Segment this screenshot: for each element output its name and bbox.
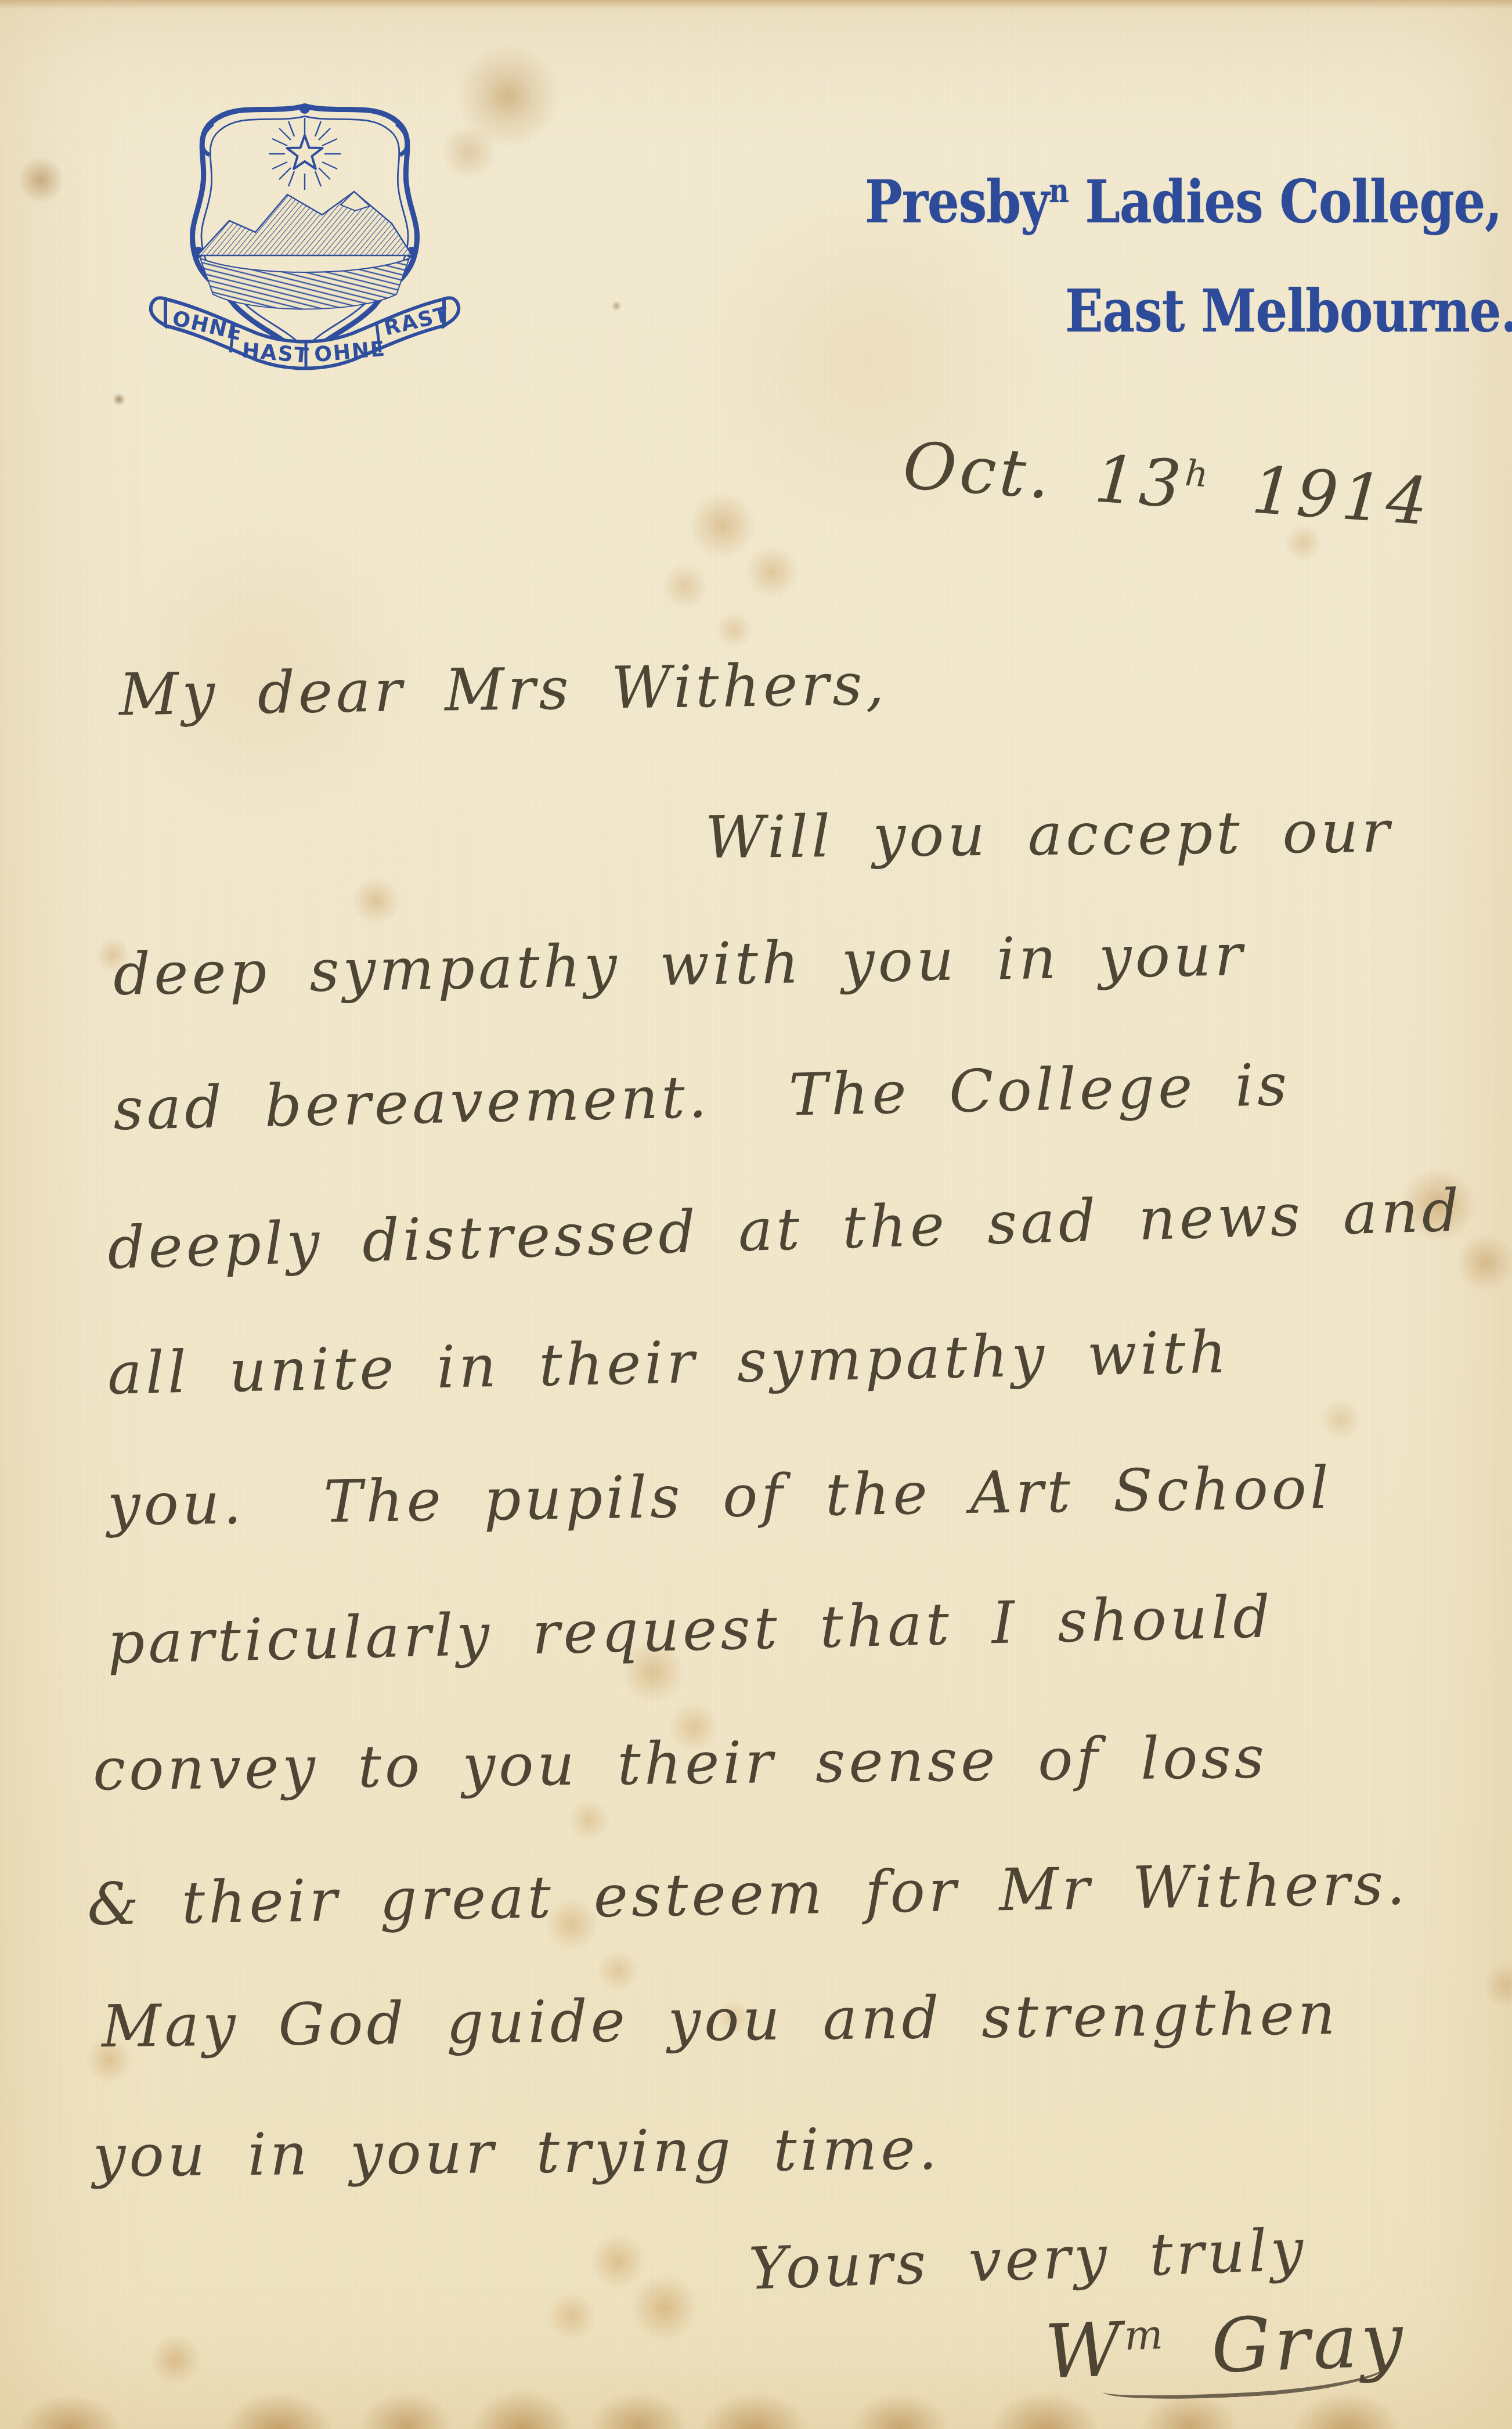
date-superscript: h [1183,452,1213,496]
body-line: Will you accept our [705,803,1394,867]
body-line: sad bereavement. The College is [113,1056,1291,1138]
body-line: deeply distressed at the sad news and [107,1181,1463,1277]
date-pre: Oct. 13 [901,428,1187,523]
body-line: you. The pupils of the Art School [107,1459,1332,1534]
body-line: particularly request that I should [107,1588,1274,1673]
body-line: deep sympathy with you in your [113,926,1246,1004]
body-line: & their great esteem for Mr Withers. [86,1855,1409,1934]
body-line: all unite in their sympathy with [107,1323,1230,1403]
signature-superscript: m [1123,2311,1167,2359]
letter-date: Oct. 13h 1914 [901,433,1433,535]
body-line: convey to you their sense of loss [93,1728,1268,1799]
closing: Yours very truly [748,2221,1308,2298]
body-line: May God guide you and strengthen [102,1985,1339,2056]
crest-star [269,118,341,190]
college-name-pre: Presby [865,168,1049,237]
college-name-superscript: n [1049,173,1068,211]
college-location: East Melbourne. [1065,277,1512,346]
college-crest-icon: OHNE HAST OHNE RAST [142,78,467,386]
date-post: 1914 [1208,449,1434,540]
body-line: you in your trying time. [93,2120,941,2186]
letter-page: OHNE HAST OHNE RAST Presbyn Ladies Colle… [0,0,1512,2429]
salutation: My dear Mrs Withers, [118,655,887,724]
college-name: Presbyn Ladies College, [865,168,1502,237]
motto-word: HAST [241,338,311,368]
college-name-post: Ladies College, [1069,168,1502,237]
crest-mountains [197,192,412,309]
